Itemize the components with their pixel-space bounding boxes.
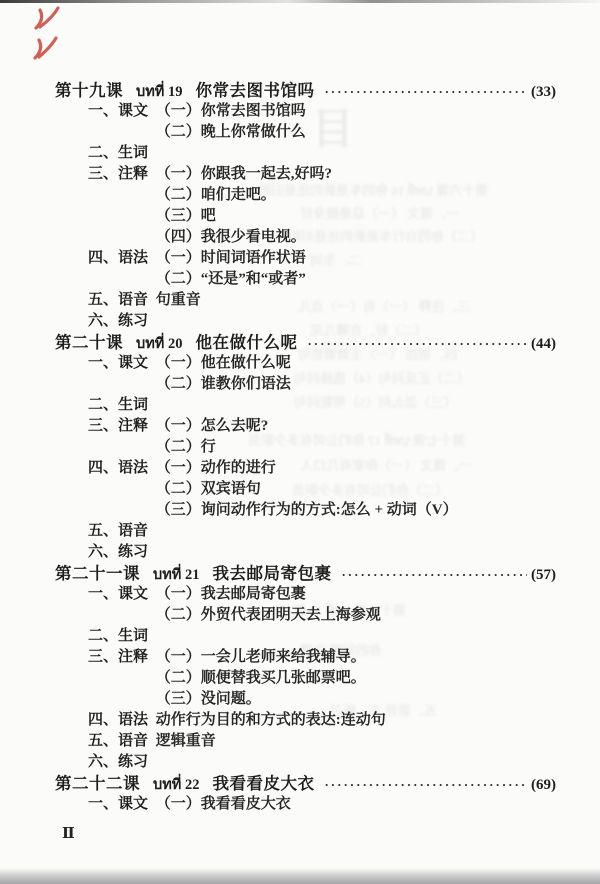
section-text: （一）我看看皮大衣 <box>156 796 291 812</box>
toc-row: （三）询问动作行为的方式:怎么 + 动词（V） <box>88 500 556 521</box>
section-text: （二）咱们走吧。 <box>156 187 276 203</box>
toc-row: 一、课文 （一）你常去图书馆吗 <box>88 101 556 122</box>
scan-top-edge <box>0 0 600 3</box>
lesson-page-ref: (44) <box>531 334 556 355</box>
lesson-heading: 第二十二课 บทที่ 22 我看看皮大衣 ··················… <box>55 773 556 794</box>
lesson-number-thai: บทที่ 20 <box>136 334 182 355</box>
lesson-section: 第十九课 บทที่ 19 你常去图书馆吗 ··················… <box>55 80 556 332</box>
dot-leader: ········································… <box>324 774 527 795</box>
section-label: 六、练习 <box>88 311 152 332</box>
section-label: 一、课文 <box>88 353 152 374</box>
toc-row: 一、课文 （一）我去邮局寄包裹 <box>88 584 556 605</box>
section-text: （一）你跟我一起去,好吗? <box>156 166 332 182</box>
section-label: 五、语音 <box>88 731 152 752</box>
section-text: （一）他在做什么呢 <box>156 355 291 371</box>
section-text: （一）动作的进行 <box>156 460 276 476</box>
lesson-section: 第二十二课 บทที่ 22 我看看皮大衣 ··················… <box>55 773 556 815</box>
section-text: （二）“还是”和“或者” <box>156 271 306 287</box>
scanned-page: { "page_number": "Ⅱ", "leader_dots": "··… <box>0 0 600 884</box>
toc-row: （二）谁教你们语法 <box>88 374 556 395</box>
section-label: 六、练习 <box>88 752 152 773</box>
section-label: 六、练习 <box>88 542 152 563</box>
toc-row: 一、课文 （一）我看看皮大衣 <box>88 794 556 815</box>
section-label: 四、语法 <box>88 458 152 479</box>
section-text: （三）没问题。 <box>156 691 261 707</box>
section-label: 三、注释 <box>88 416 152 437</box>
section-label: 一、课文 <box>88 584 152 605</box>
toc-row: （二）晚上你常做什么 <box>88 122 556 143</box>
lesson-page-ref: (33) <box>531 82 556 103</box>
section-text: 句重音 <box>156 292 201 308</box>
section-label: 五、语音 <box>88 521 152 542</box>
section-label: 二、生词 <box>88 143 152 164</box>
section-label: 一、课文 <box>88 101 152 122</box>
dot-leader: ········································… <box>341 564 527 585</box>
lesson-number-thai: บทที่ 21 <box>153 565 199 586</box>
toc-row: （二）行 <box>88 437 556 458</box>
section-text: （三）询问动作行为的方式:怎么 + 动词（V） <box>156 502 458 518</box>
toc-row: 五、语音 句重音 <box>88 290 556 311</box>
section-text: （二）晚上你常做什么 <box>156 124 306 140</box>
section-text: （四）我很少看电视。 <box>156 229 306 245</box>
toc-row: 三、注释 （一）一会儿老师来给我辅导。 <box>88 647 556 668</box>
toc-row: （二）顺便替我买几张邮票吧。 <box>88 668 556 689</box>
toc-row: 二、生词 <box>88 395 556 416</box>
toc-row: 六、练习 <box>88 752 556 773</box>
section-text: （一）你常去图书馆吗 <box>156 103 306 119</box>
toc-row: 四、语法 动作行为目的和方式的表达:连动句 <box>88 710 556 731</box>
toc-row: 三、注释 （一）你跟我一起去,好吗? <box>88 164 556 185</box>
toc-row: （三）没问题。 <box>88 689 556 710</box>
lesson-heading: 第十九课 บทที่ 19 你常去图书馆吗 ··················… <box>55 80 556 101</box>
toc-row: （四）我很少看电视。 <box>88 227 556 248</box>
scan-bottom-shadow <box>0 868 600 884</box>
section-text: （一）时间词语作状语 <box>156 250 306 266</box>
section-label: 四、语法 <box>88 710 152 731</box>
lesson-page-ref: (57) <box>531 565 556 586</box>
section-text: （二）谁教你们语法 <box>156 376 291 392</box>
toc-row: （二）“还是”和“或者” <box>88 269 556 290</box>
lesson-number-chinese: 第二十课 <box>55 332 123 353</box>
section-text: （二）外贸代表团明天去上海参观 <box>156 607 381 623</box>
lesson-heading: 第二十一课 บทที่ 21 我去邮局寄包裹 ·················… <box>55 563 556 584</box>
section-label: 二、生词 <box>88 395 152 416</box>
lesson-title: 他在做什么呢 <box>195 332 297 353</box>
section-text: （二）行 <box>156 439 216 455</box>
toc-row: 四、语法 （一）时间词语作状语 <box>88 248 556 269</box>
dot-leader: ········································… <box>307 333 527 354</box>
section-label: 二、生词 <box>88 626 152 647</box>
toc-row: 三、注释 （一）怎么去呢? <box>88 416 556 437</box>
toc-row: （三）吧 <box>88 206 556 227</box>
lesson-page-ref: (69) <box>531 775 556 796</box>
section-text: （二）顺便替我买几张邮票吧。 <box>156 670 366 686</box>
lesson-section: 第二十一课 บทที่ 21 我去邮局寄包裹 ·················… <box>55 563 556 773</box>
lesson-title: 你常去图书馆吗 <box>195 80 314 101</box>
section-text: （二）双宾语句 <box>156 481 261 497</box>
toc-row: 六、练习 <box>88 311 556 332</box>
lesson-title: 我去邮局寄包裹 <box>212 563 331 584</box>
toc-row: （二）双宾语句 <box>88 479 556 500</box>
section-text: 逻辑重音 <box>156 733 216 749</box>
toc-row: 六、练习 <box>88 542 556 563</box>
lesson-number-chinese: 第十九课 <box>55 80 123 101</box>
table-of-contents: 第十九课 บทที่ 19 你常去图书馆吗 ··················… <box>55 80 556 815</box>
section-text: （一）一会儿老师来给我辅导。 <box>156 649 366 665</box>
lesson-number-chinese: 第二十一课 <box>55 563 140 584</box>
section-text: （一）怎么去呢? <box>156 418 269 434</box>
section-label: 四、语法 <box>88 248 152 269</box>
lesson-section: 第二十课 บทที่ 20 他在做什么呢 ···················… <box>55 332 556 563</box>
section-text: （三）吧 <box>156 208 216 224</box>
section-label: 三、注释 <box>88 647 152 668</box>
dot-leader: ········································… <box>324 81 527 102</box>
lesson-number-chinese: 第二十二课 <box>55 773 140 794</box>
lesson-title: 我看看皮大衣 <box>212 773 314 794</box>
toc-row: （二）咱们走吧。 <box>88 185 556 206</box>
lesson-heading: 第二十课 บทที่ 20 他在做什么呢 ···················… <box>55 332 556 353</box>
toc-row: 四、语法 （一）动作的进行 <box>88 458 556 479</box>
section-label: 五、语音 <box>88 290 152 311</box>
page-number: Ⅱ <box>62 824 75 843</box>
toc-row: 二、生词 <box>88 626 556 647</box>
lesson-number-thai: บทที่ 19 <box>136 82 182 103</box>
lesson-number-thai: บทที่ 22 <box>153 775 199 796</box>
toc-row: 二、生词 <box>88 143 556 164</box>
red-pen-marks <box>26 4 70 66</box>
toc-row: （二）外贸代表团明天去上海参观 <box>88 605 556 626</box>
section-text: 动作行为目的和方式的表达:连动句 <box>156 712 386 728</box>
toc-row: 五、语音 <box>88 521 556 542</box>
toc-row: 五、语音 逻辑重音 <box>88 731 556 752</box>
section-label: 一、课文 <box>88 794 152 815</box>
section-text: （一）我去邮局寄包裹 <box>156 586 306 602</box>
section-label: 三、注释 <box>88 164 152 185</box>
toc-row: 一、课文 （一）他在做什么呢 <box>88 353 556 374</box>
